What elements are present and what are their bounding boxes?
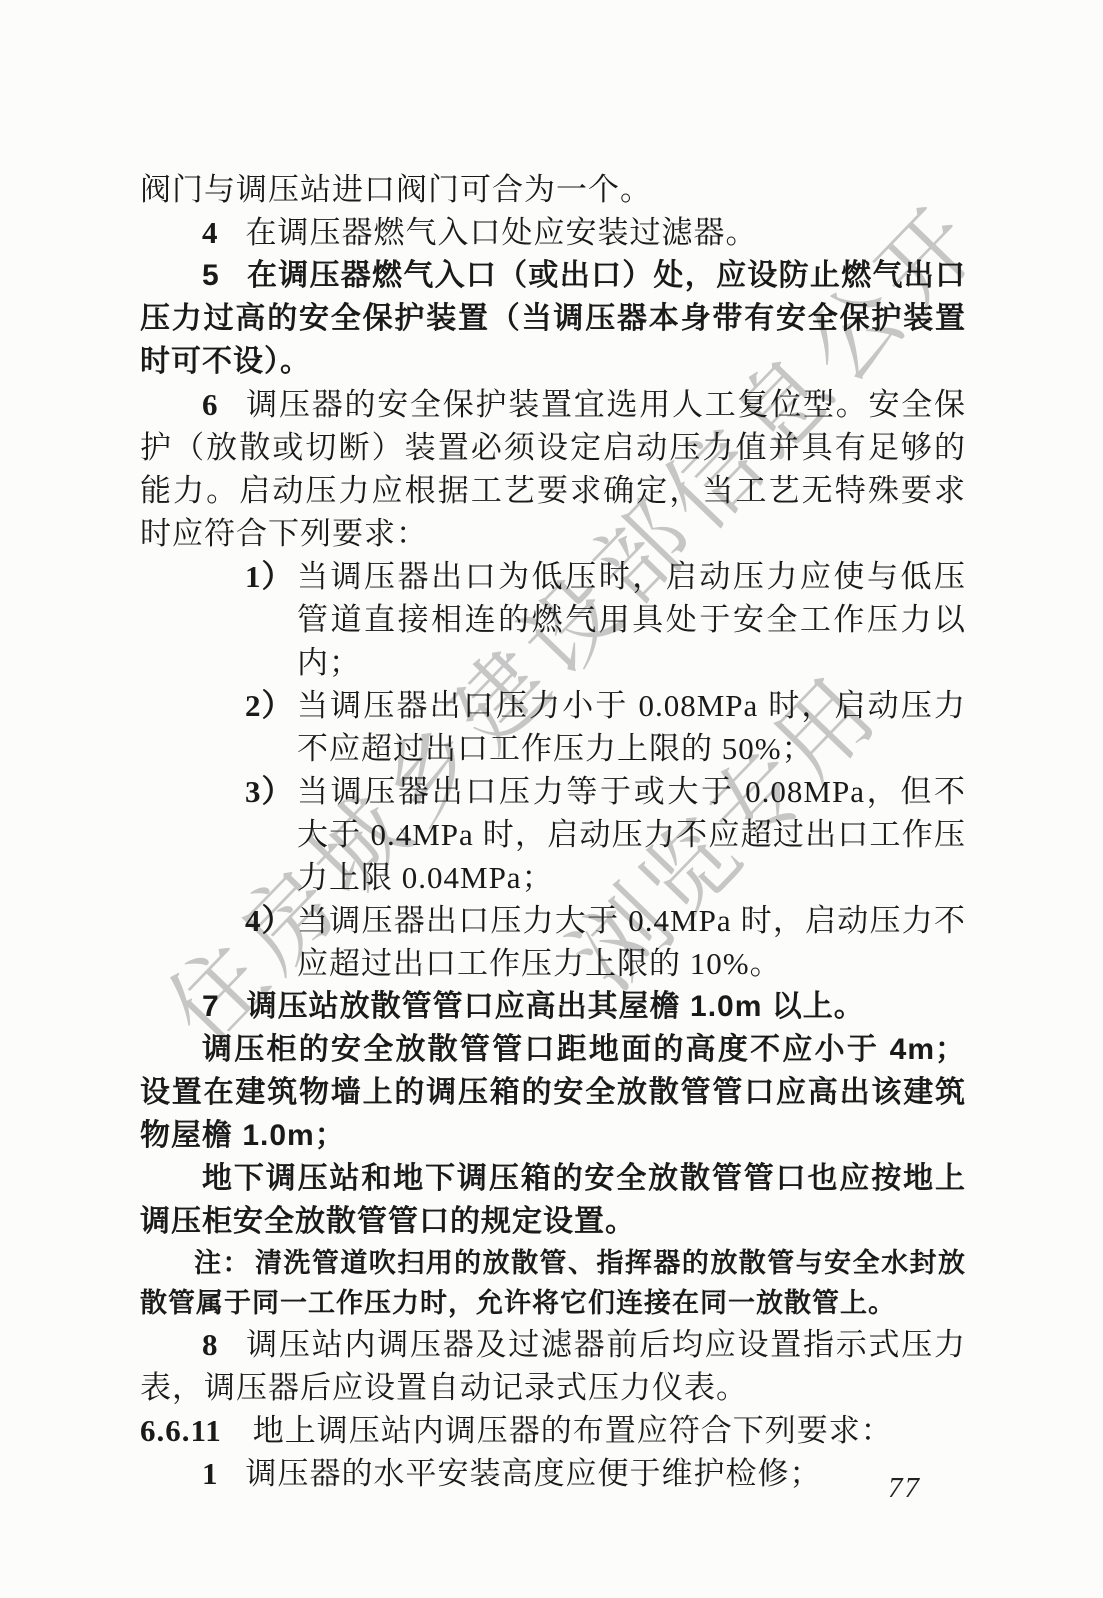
clause-text: 调压柜的安全放散管管口距地面的高度不应小于 4m；设置在建筑物墙上的调压箱的安全…	[140, 1033, 966, 1152]
clause-6: 6调压器的安全保护装置宜选用人工复位型。安全保护（放散或切断）装置必须设定启动压…	[140, 383, 966, 555]
paragraph-continuation: 阀门与调压站进口阀门可合为一个。	[140, 168, 966, 211]
subclause-number: 1）	[245, 555, 294, 598]
clause-text: 调压器的水平安装高度应便于维护检修；	[246, 1456, 822, 1491]
subclause-1: 1）当调压器出口为低压时，启动压力应使与低压管道直接相连的燃气用具处于安全工作压…	[297, 555, 966, 684]
section-6-6-11: 6.6.11地上调压站内调压器的布置应符合下列要求：	[140, 1409, 966, 1452]
subclause-3: 3）当调压器出口压力等于或大于 0.08MPa，但不大于 0.4MPa 时，启动…	[297, 770, 966, 899]
clause-number: 7	[202, 990, 220, 1023]
page-number: 77	[888, 1472, 921, 1505]
clause-number: 1	[202, 1456, 219, 1491]
clause-text: 调压站放散管管口应高出其屋檐 1.0m 以上。	[247, 990, 865, 1023]
clause-7-cabinet: 调压柜的安全放散管管口距地面的高度不应小于 4m；设置在建筑物墙上的调压箱的安全…	[140, 1028, 966, 1157]
page-content: 阀门与调压站进口阀门可合为一个。 4在调压器燃气入口处应安装过滤器。 5在调压器…	[140, 168, 966, 1495]
subclause-text: 当调压器出口压力小于 0.08MPa 时，启动压力不应超过出口工作压力上限的 5…	[297, 688, 966, 766]
clause-text: 地下调压站和地下调压箱的安全放散管管口也应按地上调压柜安全放散管管口的规定设置。	[140, 1162, 966, 1238]
clause-text: 调压站内调压器及过滤器前后均应设置指示式压力表，调压器后应设置自动记录式压力仪表…	[140, 1327, 966, 1405]
clause-5: 5在调压器燃气入口（或出口）处，应设防止燃气出口压力过高的安全保护装置（当调压器…	[140, 254, 966, 383]
clause-7-underground: 地下调压站和地下调压箱的安全放散管管口也应按地上调压柜安全放散管管口的规定设置。	[140, 1157, 966, 1243]
subclause-4: 4）当调压器出口压力大于 0.4MPa 时，启动压力不应超过出口工作压力上限的 …	[297, 899, 966, 985]
subclause-number: 4）	[245, 899, 294, 942]
clause-text: 在调压器燃气入口（或出口）处，应设防止燃气出口压力过高的安全保护装置（当调压器本…	[140, 259, 966, 378]
clause-4: 4在调压器燃气入口处应安装过滤器。	[140, 211, 966, 254]
clause-1: 1调压器的水平安装高度应便于维护检修；	[140, 1452, 966, 1495]
clause-number: 6	[202, 387, 219, 422]
subclause-number: 3）	[245, 770, 294, 813]
clause-8: 8调压站内调压器及过滤器前后均应设置指示式压力表，调压器后应设置自动记录式压力仪…	[140, 1323, 966, 1409]
subclause-2: 2）当调压器出口压力小于 0.08MPa 时，启动压力不应超过出口工作压力上限的…	[297, 684, 966, 770]
document-page: 住房城乡建设部信息公开 浏览专用 阀门与调压站进口阀门可合为一个。 4在调压器燃…	[0, 0, 1103, 1598]
note-text: 清洗管道吹扫用的放散管、指挥器的放散管与安全水封放散管属于同一工作压力时，允许将…	[140, 1248, 966, 1318]
clause-note: 注：清洗管道吹扫用的放散管、指挥器的放散管与安全水封放散管属于同一工作压力时，允…	[140, 1243, 966, 1323]
paragraph-text: 阀门与调压站进口阀门可合为一个。	[140, 172, 652, 207]
section-text: 地上调压站内调压器的布置应符合下列要求：	[253, 1413, 893, 1448]
clause-text: 调压器的安全保护装置宜选用人工复位型。安全保护（放散或切断）装置必须设定启动压力…	[140, 387, 966, 551]
clause-text: 在调压器燃气入口处应安装过滤器。	[246, 215, 758, 250]
subclause-text: 当调压器出口压力大于 0.4MPa 时，启动压力不应超过出口工作压力上限的 10…	[297, 903, 966, 981]
clause-number: 8	[202, 1327, 219, 1362]
subclause-text: 当调压器出口为低压时，启动压力应使与低压管道直接相连的燃气用具处于安全工作压力以…	[297, 559, 966, 680]
clause-number: 5	[202, 259, 220, 292]
subclause-text: 当调压器出口压力等于或大于 0.08MPa，但不大于 0.4MPa 时，启动压力…	[297, 774, 966, 895]
subclause-number: 2）	[245, 684, 294, 727]
note-label: 注：	[194, 1248, 251, 1278]
section-number: 6.6.11	[140, 1413, 222, 1448]
clause-number: 4	[202, 215, 219, 250]
subclause-list: 1）当调压器出口为低压时，启动压力应使与低压管道直接相连的燃气用具处于安全工作压…	[140, 555, 966, 985]
clause-7: 7调压站放散管管口应高出其屋檐 1.0m 以上。	[140, 985, 966, 1028]
